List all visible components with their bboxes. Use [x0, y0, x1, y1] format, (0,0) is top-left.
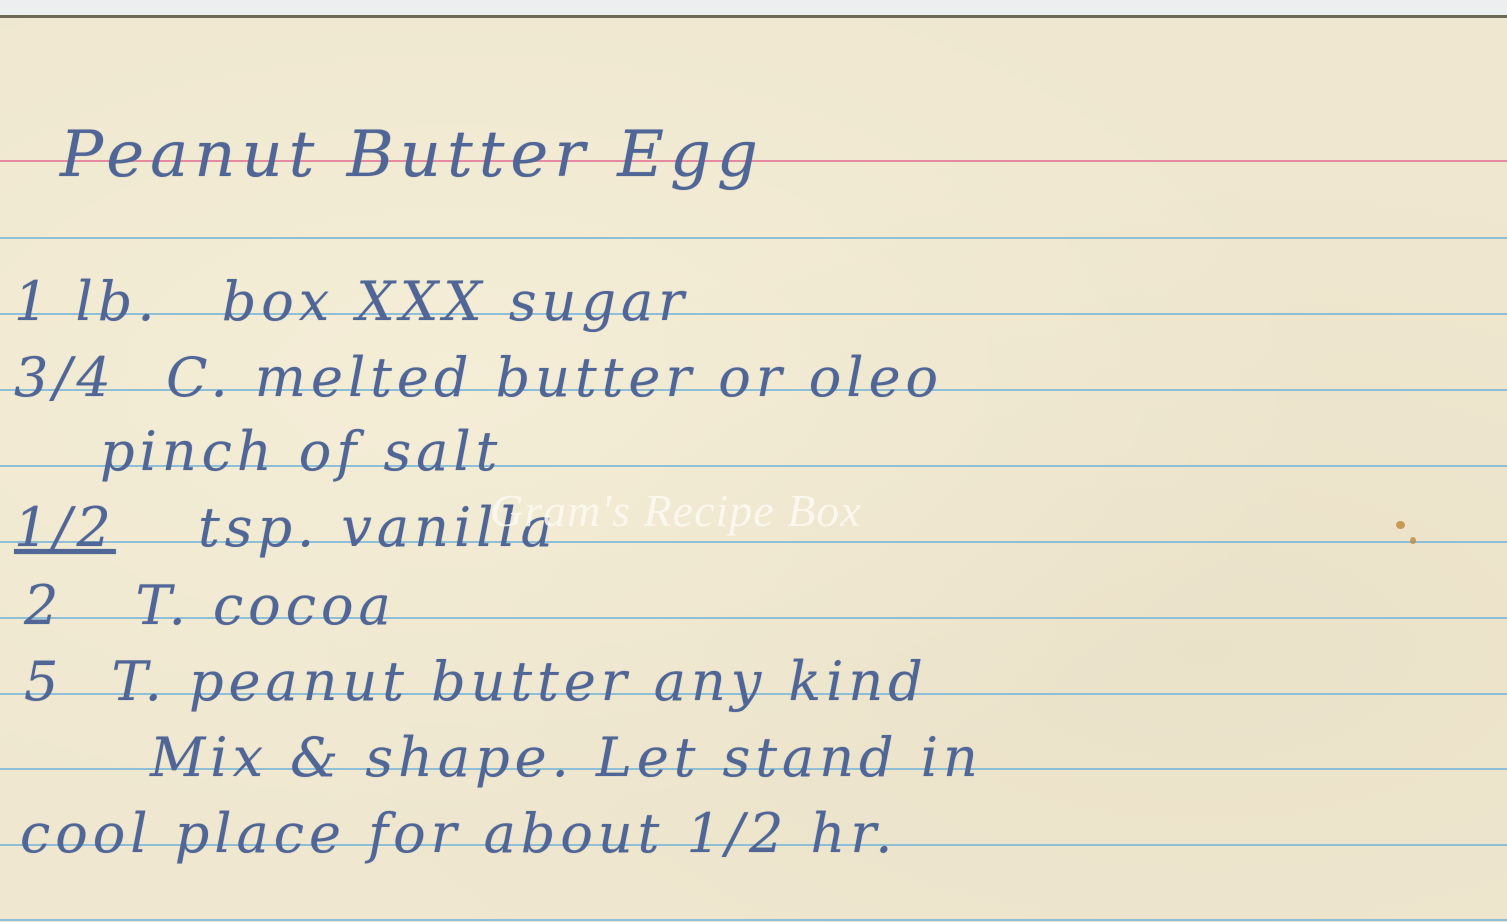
directions-line: Mix & shape. Let stand in	[150, 726, 983, 789]
blue-rule	[0, 237, 1507, 239]
directions-line: cool place for about 1/2 hr.	[20, 802, 897, 865]
ingredient-qty: 1 lb.	[14, 270, 160, 333]
stain-mark	[1410, 537, 1416, 544]
ingredient-qty: 5	[24, 650, 63, 713]
ingredient-line: pinch of salt	[100, 420, 502, 483]
recipe-card-scan: Peanut Butter Egg 1 lb. box XXX sugar 3/…	[0, 0, 1507, 922]
ingredient-item: C. melted butter or oleo	[166, 346, 943, 409]
ingredient-qty: 3/4	[14, 346, 116, 409]
ingredient-item: T. peanut butter any kind	[112, 650, 928, 713]
stain-mark	[1396, 521, 1405, 529]
ingredient-line: 1 lb. box XXX sugar	[14, 270, 689, 333]
ingredient-qty: 1/2	[14, 496, 116, 559]
watermark: Gram's Recipe Box	[490, 484, 862, 537]
ingredient-line: 1/2 tsp. vanilla	[14, 496, 558, 559]
ingredient-line: 5 T. peanut butter any kind	[24, 650, 928, 713]
ingredient-line: 2 T. cocoa	[24, 574, 396, 637]
ingredient-qty: 2	[24, 574, 63, 637]
ingredient-item: box XXX sugar	[222, 270, 689, 333]
ingredient-item: T. cocoa	[136, 574, 396, 637]
blue-rule	[0, 919, 1507, 921]
recipe-title: Peanut Butter Egg	[60, 118, 764, 192]
ingredient-line: 3/4 C. melted butter or oleo	[14, 346, 943, 409]
index-card: Peanut Butter Egg 1 lb. box XXX sugar 3/…	[0, 15, 1507, 922]
ingredient-item: pinch of salt	[100, 420, 502, 483]
